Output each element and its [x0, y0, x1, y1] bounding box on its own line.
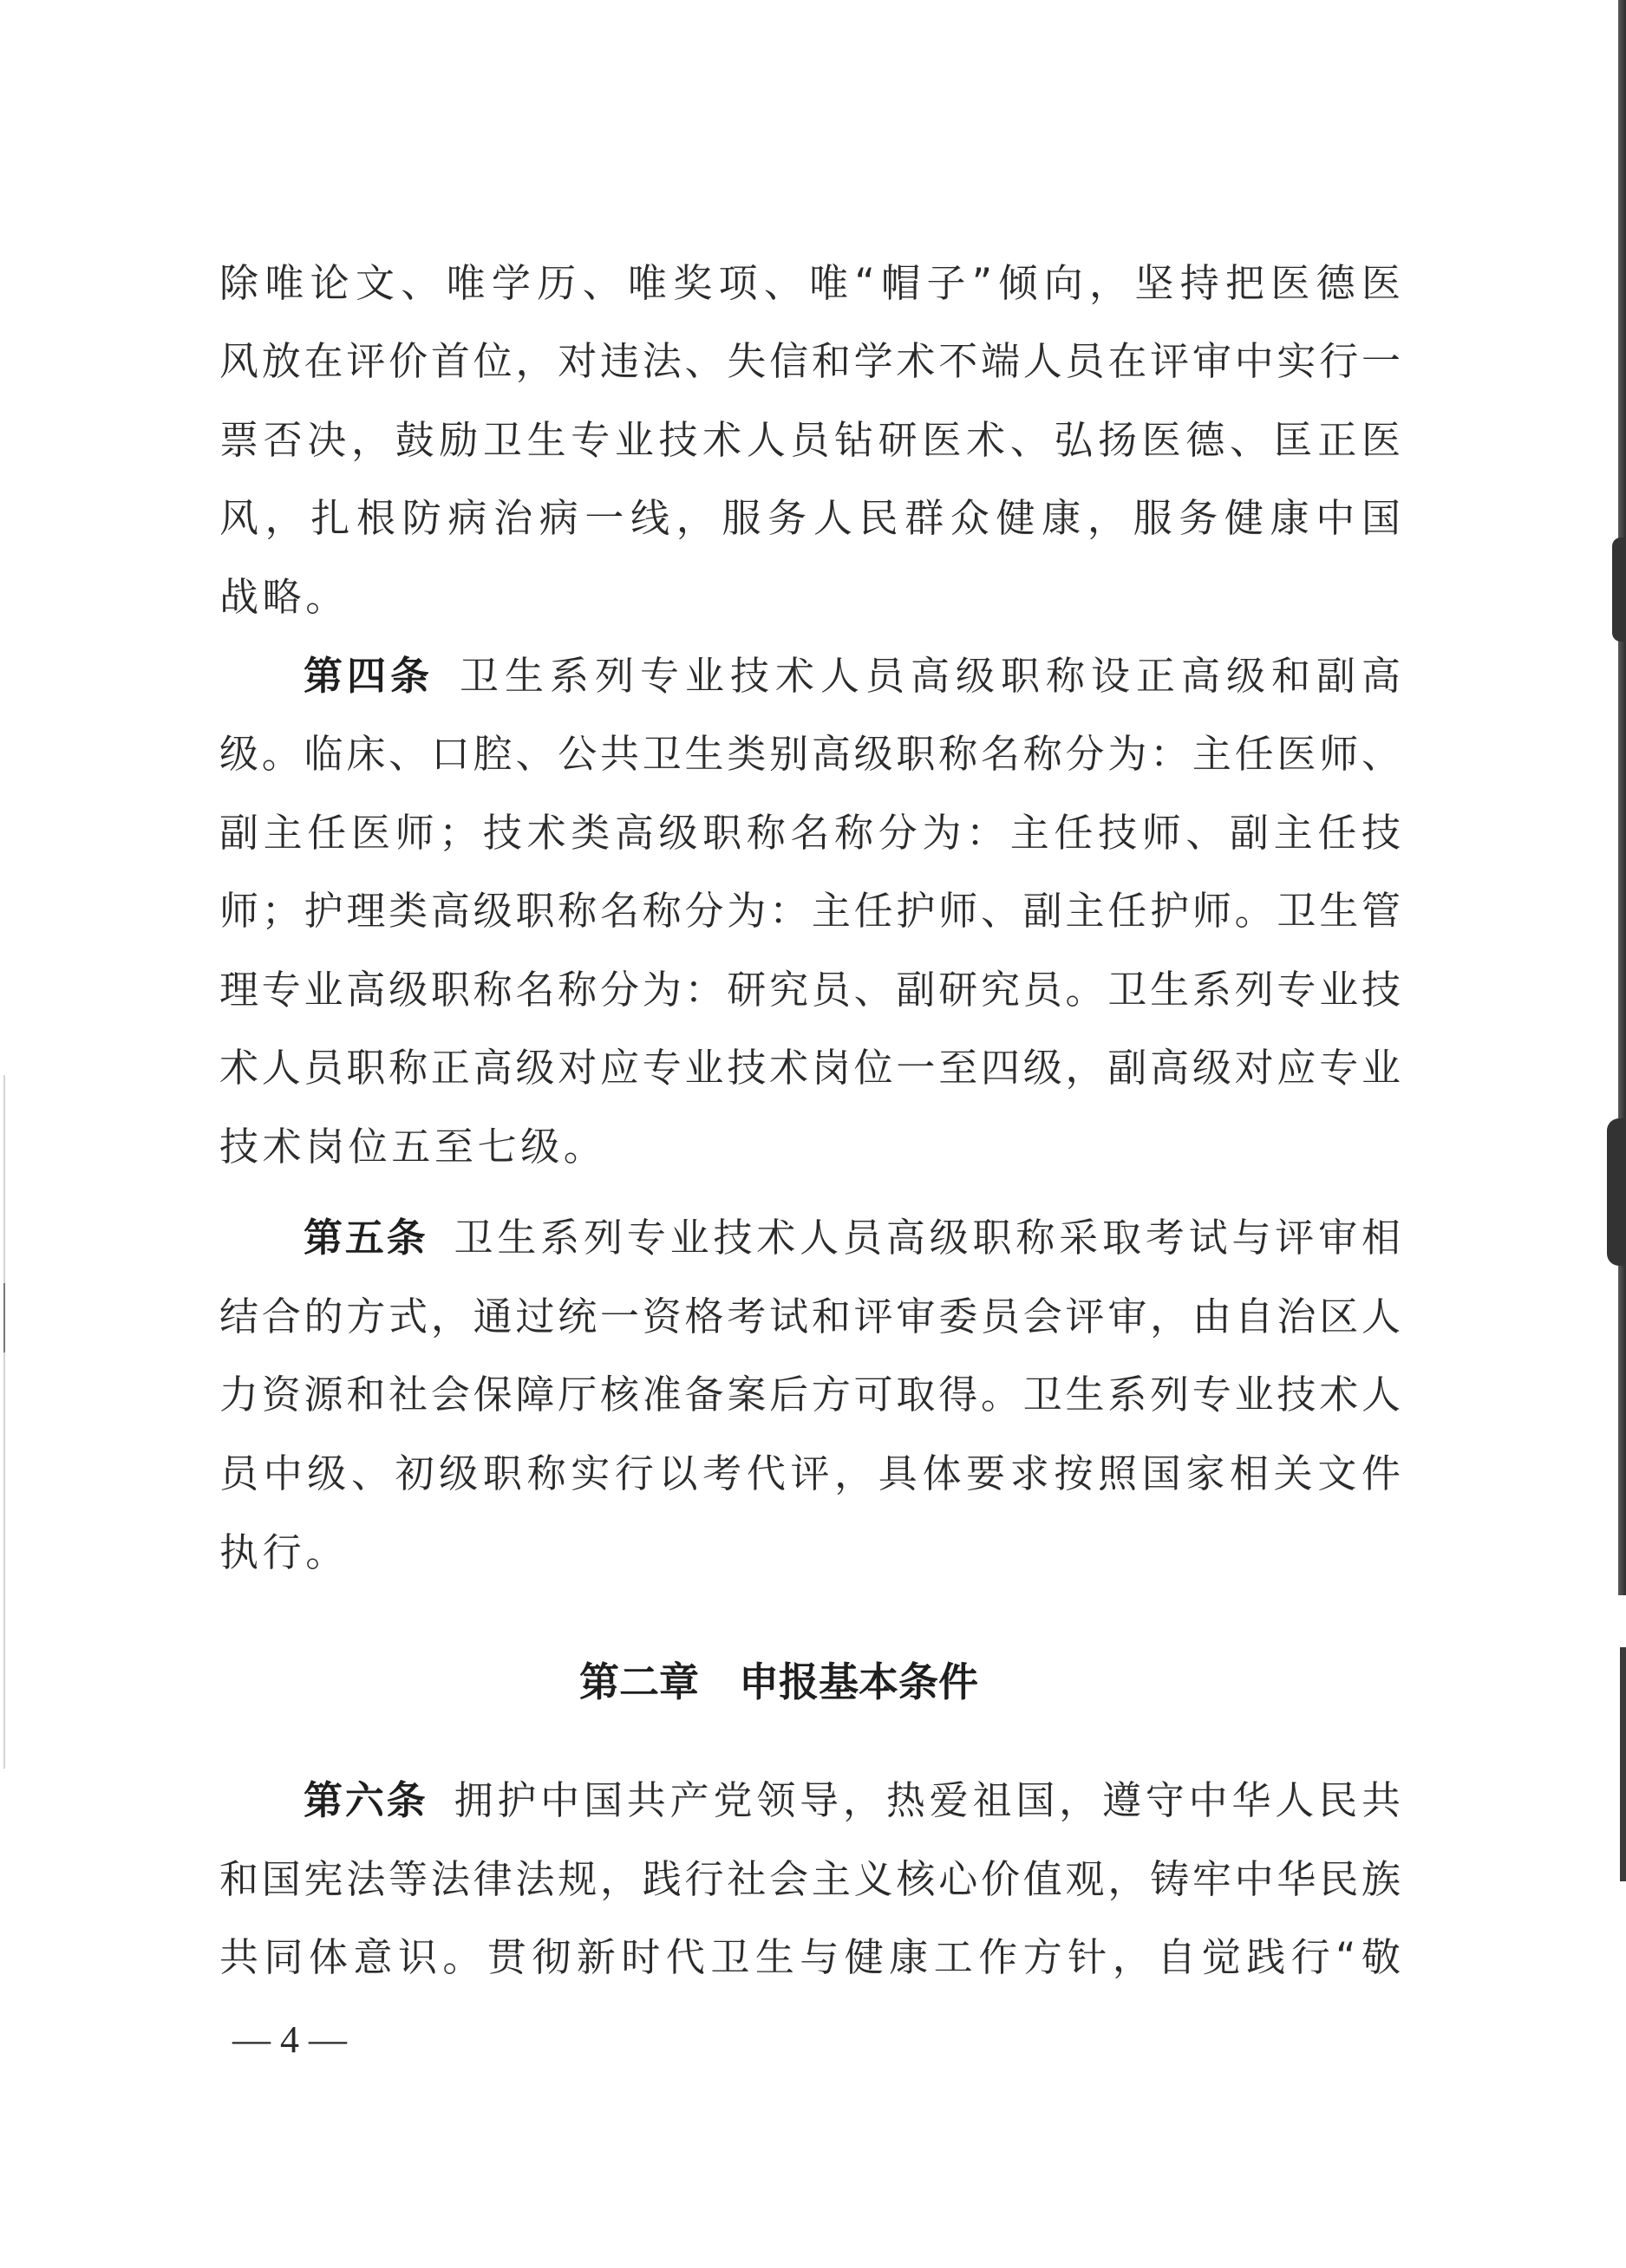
text-line: 风放在评价首位，对违法、失信和学术不端人员在评审中实行一: [219, 340, 1402, 383]
page-number: — 4 —: [232, 2018, 347, 2062]
scan-edge-artifact: [1607, 1118, 1626, 1266]
text-line: 票否决，鼓励卫生专业技术人员钻研医术、弘扬医德、匡正医: [219, 419, 1402, 462]
article-first-line-text: 卫生系列专业技术人员高级职称采取考试与评审相: [454, 1215, 1402, 1261]
text-line: 理专业高级职称名称分为：研究员、副研究员。卫生系列专业技: [219, 968, 1402, 1012]
scan-edge-artifact: [1620, 1647, 1626, 1881]
text-line: 技术岗位五至七级。: [219, 1125, 1402, 1169]
text-line: 员中级、初级职称实行以考代评，具体要求按照国家相关文件: [219, 1452, 1402, 1496]
scan-edge-artifact: [1612, 538, 1626, 642]
text-line: 和国宪法等法律法规，践行社会主义核心价值观，铸牢中华民族: [219, 1858, 1402, 1901]
document-page: 除唯论文、唯学历、唯奖项、唯“帽子”倾向，坚持把医德医 风放在评价首位，对违法、…: [0, 0, 1626, 2268]
article-first-line-text: 卫生系列专业技术人员高级职称设正高级和副高: [460, 653, 1402, 699]
article-label: 第五条: [304, 1215, 428, 1261]
chapter-heading: 第二章申报基本条件: [579, 1659, 978, 1705]
text-line: 副主任医师；技术类高级职称名称分为：主任技师、副主任技: [219, 811, 1402, 855]
text-line: 师；护理类高级职称名称分为：主任护师、副主任护师。卫生管: [219, 890, 1402, 933]
article-first-line-text: 拥护中国共产党领导，热爱祖国，遵守中华人民共: [454, 1777, 1402, 1823]
article-label: 第六条: [304, 1777, 428, 1823]
text-line: 力资源和社会保障厅核准备案后方可取得。卫生系列专业技术人: [219, 1373, 1402, 1417]
text-line: 风，扎根防病治病一线，服务人民群众健康，服务健康中国: [219, 497, 1402, 540]
scan-edge-artifact: [1618, 0, 1626, 1595]
text-line: 结合的方式，通过统一资格考试和评审委员会评审，由自治区人: [219, 1295, 1402, 1339]
article-first-line: 第五条卫生系列专业技术人员高级职称采取考试与评审相: [304, 1216, 1402, 1260]
scan-edge-artifact: [3, 1075, 5, 1769]
text-line: 执行。: [219, 1531, 1402, 1574]
chapter-number: 第二章: [579, 1659, 699, 1705]
article-label: 第四条: [304, 653, 434, 699]
text-line: 共同体意识。贯彻新时代卫生与健康工作方针，自觉践行“敬: [219, 1936, 1402, 1979]
text-line: 级。临床、口腔、公共卫生类别高级职称名称分为：主任医师、: [219, 733, 1402, 776]
text-line: 除唯论文、唯学历、唯奖项、唯“帽子”倾向，坚持把医德医: [219, 262, 1402, 305]
text-line: 术人员职称正高级对应专业技术岗位一至四级，副高级对应专业: [219, 1046, 1402, 1090]
text-line: 战略。: [219, 576, 1402, 619]
article-first-line: 第四条卫生系列专业技术人员高级职称设正高级和副高: [304, 655, 1402, 698]
article-first-line: 第六条拥护中国共产党领导，热爱祖国，遵守中华人民共: [304, 1779, 1402, 1822]
chapter-title-text: 申报基本条件: [739, 1659, 978, 1705]
scan-edge-artifact: [3, 1283, 5, 1352]
